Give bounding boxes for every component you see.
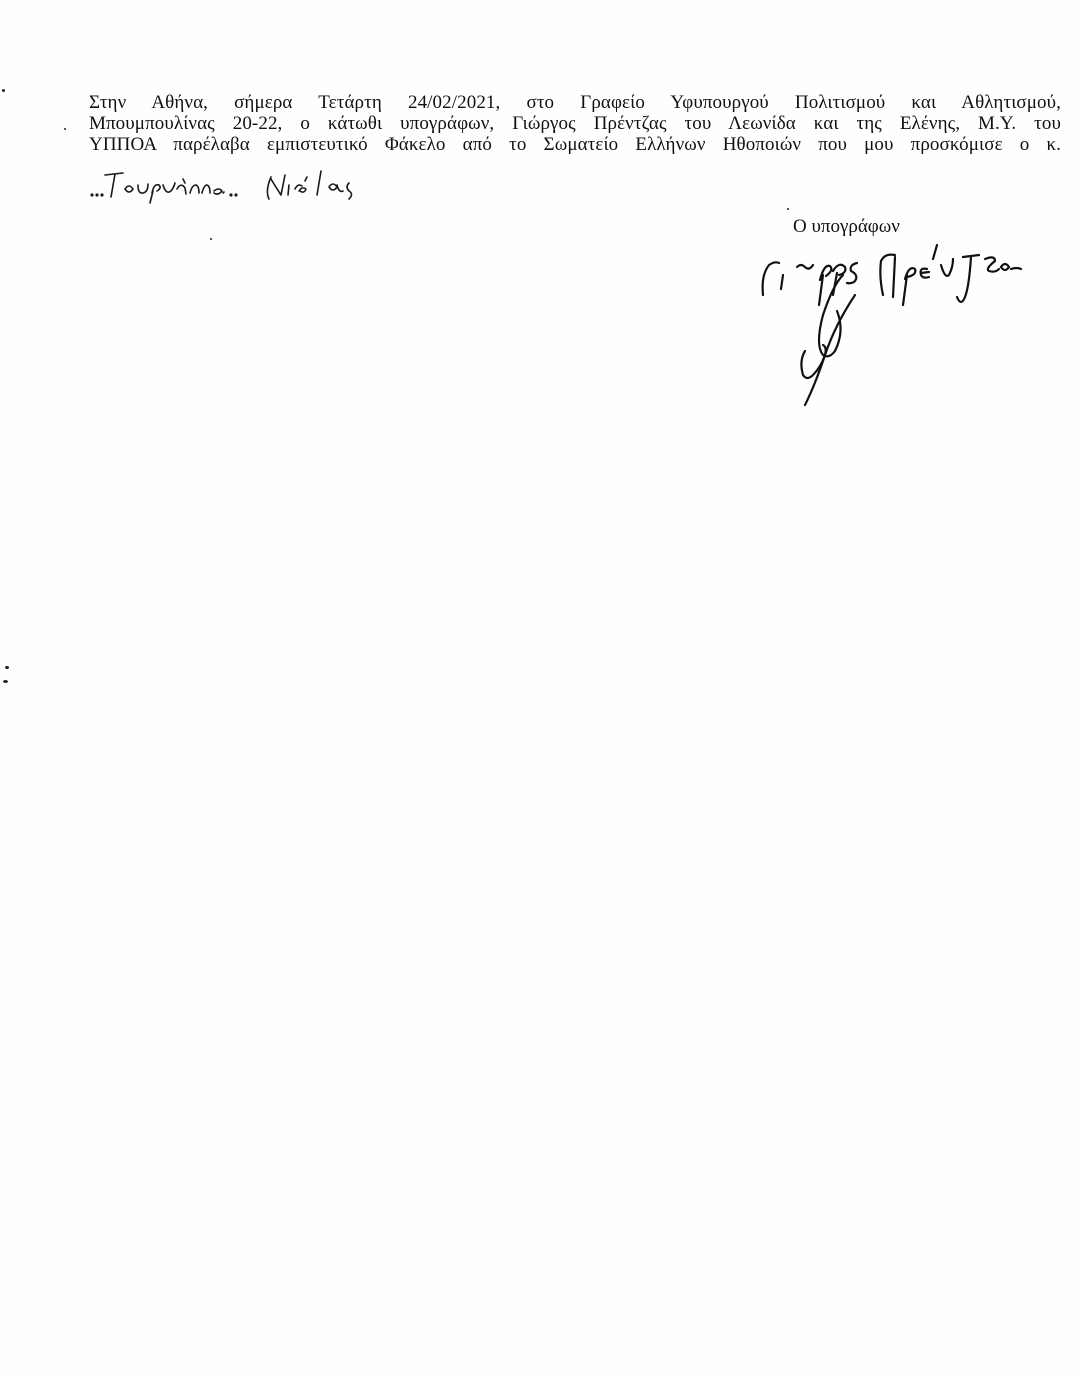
scan-speck [5,666,9,669]
handwritten-deliverer-name: ...Τσουργιάννης.. Νικόλαος [89,153,409,213]
paragraph-line-1: Στην Αθήνα, σήμερα Τετάρτη 24/02/2021, σ… [89,92,1061,113]
paragraph-line-2: Μπουμπουλίνας 20-22, ο κάτωθι υπογράφων,… [89,113,1061,134]
scan-speck [2,89,5,92]
document-page: Στην Αθήνα, σήμερα Τετάρτη 24/02/2021, σ… [0,0,1079,1380]
document-paragraph: Στην Αθήνα, σήμερα Τετάρτη 24/02/2021, σ… [89,92,1061,155]
scan-speck [3,680,8,683]
scan-speck [787,208,789,210]
scan-speck [210,238,212,240]
paragraph-line-3: ΥΠΠΟΑ παρέλαβα εμπιστευτικό Φάκελο από τ… [89,134,1061,155]
signature: Γιώργος Πρέντζας [745,235,1045,415]
scan-speck [64,128,66,130]
